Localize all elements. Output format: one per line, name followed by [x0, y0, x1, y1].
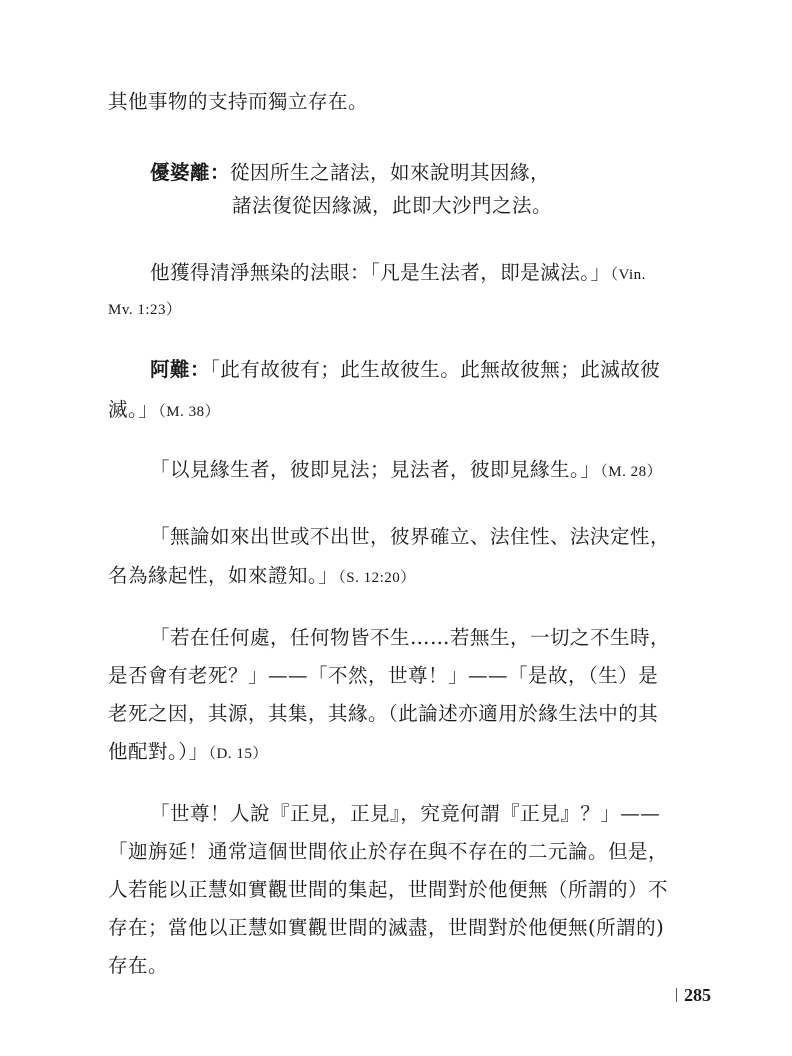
paragraph-2-line-1: 優婆離：從因所生之諸法，如來說明其因緣，	[150, 163, 550, 183]
paragraph-5-line-1: 「以見緣生者，彼即見法；見法者，彼即見緣生。」（M. 28）	[150, 460, 662, 480]
paragraph-8-line-3: 人若能以正慧如實觀世間的集起，世間對於他便無（所謂的）不	[108, 880, 668, 900]
quote-text: 他獲得清淨無染的法眼：「凡是生法者，即是滅法。」	[150, 261, 611, 284]
citation: （Vin.	[611, 267, 646, 283]
speaker-upali: 優婆離：	[150, 161, 230, 184]
quote-text: 「以見緣生者，彼即見法；見法者，彼即見緣生。」	[150, 458, 600, 481]
quote-text: 滅。」	[108, 398, 158, 421]
paragraph-6-line-1: 「無論如來出世或不出世，彼界確立、法住性、法決定性，	[150, 527, 670, 547]
speaker-ananda: 阿難：	[150, 358, 210, 381]
paragraph-7-line-4: 他配對。）」（D. 15）	[108, 742, 268, 762]
paragraph-3-line-1: 他獲得清淨無染的法眼：「凡是生法者，即是滅法。」（Vin.	[150, 263, 646, 283]
paragraph-6-line-2: 名為緣起性，如來證知。」（S. 12:20）	[108, 566, 416, 586]
paragraph-4-line-2: 滅。」（M. 38）	[108, 400, 220, 420]
page-number-divider	[676, 988, 677, 1002]
paragraph-4-line-1: 阿難：「此有故彼有；此生故彼生。此無故彼無；此滅故彼	[150, 360, 660, 380]
citation: （D. 15）	[209, 746, 268, 762]
paragraph-8-line-4: 存在；當他以正慧如實觀世間的滅盡，世間對於他便無(所謂的)	[108, 918, 664, 938]
citation: （S. 12:20）	[338, 570, 416, 586]
paragraph-2-line-2: 諸法復從因緣滅，此即大沙門之法。	[232, 196, 552, 216]
paragraph-3-line-2: Mv. 1:23）	[108, 303, 182, 318]
quote-text: 「此有故彼有；此生故彼生。此無故彼無；此滅故彼	[210, 358, 660, 381]
citation: （M. 28）	[600, 464, 662, 480]
paragraph-8-line-1: 「世尊！人說『正見，正見』，究竟何謂『正見』？」——	[150, 804, 660, 824]
paragraph-7-line-2: 是否會有老死？」——「不然，世尊！」——「是故，（生）是	[108, 666, 658, 686]
paragraph-7-line-1: 「若在任何處，任何物皆不生……若無生，一切之不生時，	[150, 628, 670, 648]
paragraph-7-line-3: 老死之因，其源，其集，其緣。（此論述亦適用於緣生法中的其	[108, 704, 658, 724]
quote-text: 名為緣起性，如來證知。」	[108, 564, 338, 587]
paragraph-1-line-1: 其他事物的支持而獨立存在。	[108, 92, 368, 112]
paragraph-8-line-2: 「迦旃延！通常這個世間依止於存在與不存在的二元論。但是，	[108, 842, 668, 862]
citation: （M. 38）	[158, 404, 220, 420]
paragraph-8-line-5: 存在。	[108, 956, 168, 976]
verse-line: 從因所生之諸法，如來說明其因緣，	[230, 161, 550, 184]
page-number: 285	[684, 985, 711, 1006]
quote-text: 他配對。）」	[108, 740, 209, 763]
